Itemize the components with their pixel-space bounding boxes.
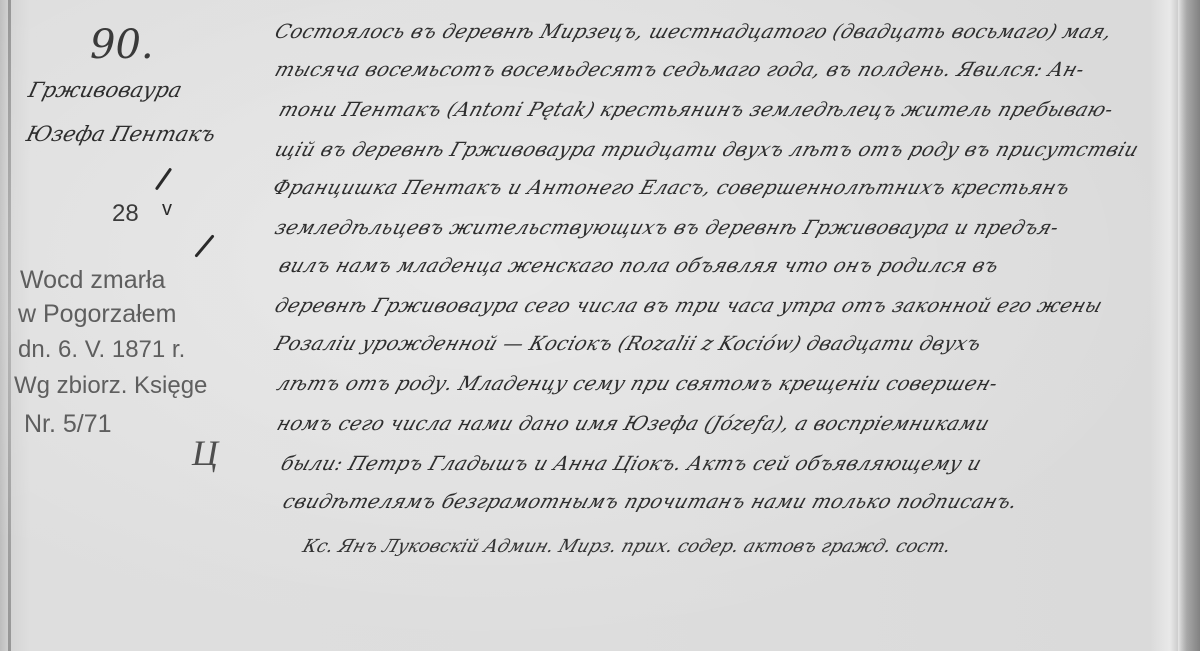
margin-person-name: Юзефа Пентакъ <box>24 122 218 146</box>
document-scan: 90. Грживоваура Юзефа Пентакъ 28 v Wocd … <box>0 0 1200 651</box>
body-line: номъ сего числа нами дано имя Юзефа (Józ… <box>274 412 993 435</box>
body-line: свидѣтелямъ безграмотнымъ прочитанъ нами… <box>280 490 1021 513</box>
body-line: тысяча восемьсотъ восемьдесятъ седьмаго … <box>272 58 1088 81</box>
body-line: Розаліи урожденной — Косіокъ (Rozalii z … <box>272 332 984 355</box>
margin-count: 28 <box>112 200 139 228</box>
body-line: Францишка Пентакъ и Антонего Еласъ, сове… <box>270 176 1073 199</box>
pencil-initial: Ц <box>192 432 218 474</box>
pencil-note-line: Wocd zmarła <box>20 266 165 295</box>
tick-mark-icon <box>194 234 214 257</box>
pencil-note-line: dn. 6. V. 1871 r. <box>18 336 185 364</box>
page-fold-shadow <box>8 0 11 651</box>
body-line: лѣтъ отъ роду. Младенцу сему при святомъ… <box>274 372 1001 395</box>
body-line: Состоялось въ деревнѣ Мирзецъ, шестнадца… <box>272 20 1115 43</box>
body-line: щій въ деревнѣ Грживоваура тридцати двух… <box>272 138 1142 161</box>
check-mark-icon: v <box>162 198 172 221</box>
pencil-note-line: Wg zbiorz. Księge <box>14 372 207 400</box>
body-line: деревнѣ Грживоваура сего числа въ три ча… <box>272 294 1106 317</box>
pencil-note-line: w Pogorzałem <box>18 300 176 329</box>
tick-mark-icon <box>155 167 172 190</box>
body-line: земледѣльцевъ жительствующихъ въ деревнѣ… <box>272 216 1062 239</box>
entry-number: 90. <box>90 22 154 68</box>
body-line: вилъ намъ младенца женскаго пола объявля… <box>276 254 1002 277</box>
body-line: тони Пентакъ (Antoni Pętak) крестьянинъ … <box>276 98 1116 121</box>
pencil-note-line: Nr. 5/71 <box>24 410 112 439</box>
body-line: были: Петръ Гладышъ и Анна Ціокъ. Актъ с… <box>278 452 985 475</box>
margin-place-name: Грживоваура <box>26 78 184 102</box>
priest-signature: Кс. Янъ Луковскій Админ. Мирз. прих. сод… <box>300 536 954 557</box>
page-edge-shadow <box>1178 0 1200 651</box>
